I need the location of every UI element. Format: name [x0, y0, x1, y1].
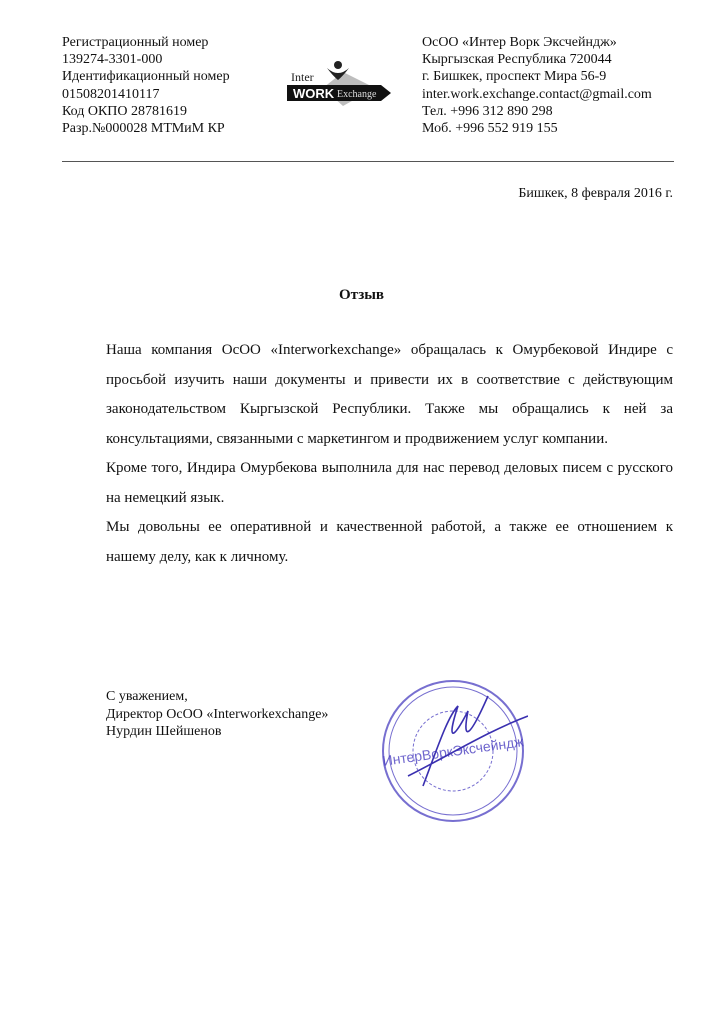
company-contacts: ОсОО «Интер Ворк Эксчейндж» Кыргызская Р… [422, 34, 652, 137]
permit-number: Разр.№000028 МТМиМ КР [62, 120, 230, 137]
letter-title: Отзыв [0, 287, 723, 304]
okpo-code: Код ОКПО 28781619 [62, 103, 230, 120]
company-country: Кыргызская Республика 720044 [422, 51, 652, 68]
signature-block: С уважением, Директор ОсОО «Interworkexc… [106, 688, 328, 741]
paragraph-1: Наша компания ОсОО «Interworkexchange» о… [106, 336, 673, 454]
company-logo: Inter WORK Exchange [283, 58, 401, 110]
closing: С уважением, [106, 688, 328, 706]
paragraph-2: Кроме того, Индира Омурбекова выполнила … [106, 454, 673, 513]
company-stamp: ИнтерВоркЭксчейндж [378, 676, 528, 826]
logo-inter: Inter [291, 70, 314, 84]
paragraph-3: Мы довольны ее оперативной и качественно… [106, 513, 673, 572]
header-divider [62, 161, 674, 162]
id-label: Идентификационный номер [62, 68, 230, 85]
company-mobile: Моб. +996 552 919 155 [422, 120, 652, 137]
stamp-text: ИнтерВоркЭксчейндж [382, 733, 525, 769]
company-phone: Тел. +996 312 890 298 [422, 103, 652, 120]
reg-number: 139274-3301-000 [62, 51, 230, 68]
letter-body: Наша компания ОсОО «Interworkexchange» о… [106, 336, 673, 572]
company-email: inter.work.exchange.contact@gmail.com [422, 86, 652, 103]
letter-date: Бишкек, 8 февраля 2016 г. [518, 186, 673, 202]
id-number: 01508201410117 [62, 86, 230, 103]
signer-name: Нурдин Шейшенов [106, 723, 328, 741]
company-address: г. Бишкек, проспект Мира 56-9 [422, 68, 652, 85]
reg-label: Регистрационный номер [62, 34, 230, 51]
logo-work: WORK [293, 86, 335, 101]
logo-exchange: Exchange [337, 89, 377, 100]
registration-info: Регистрационный номер 139274-3301-000 Ид… [62, 34, 230, 137]
signer-position: Директор ОсОО «Interworkexchange» [106, 706, 328, 724]
company-name: ОсОО «Интер Ворк Эксчейндж» [422, 34, 652, 51]
